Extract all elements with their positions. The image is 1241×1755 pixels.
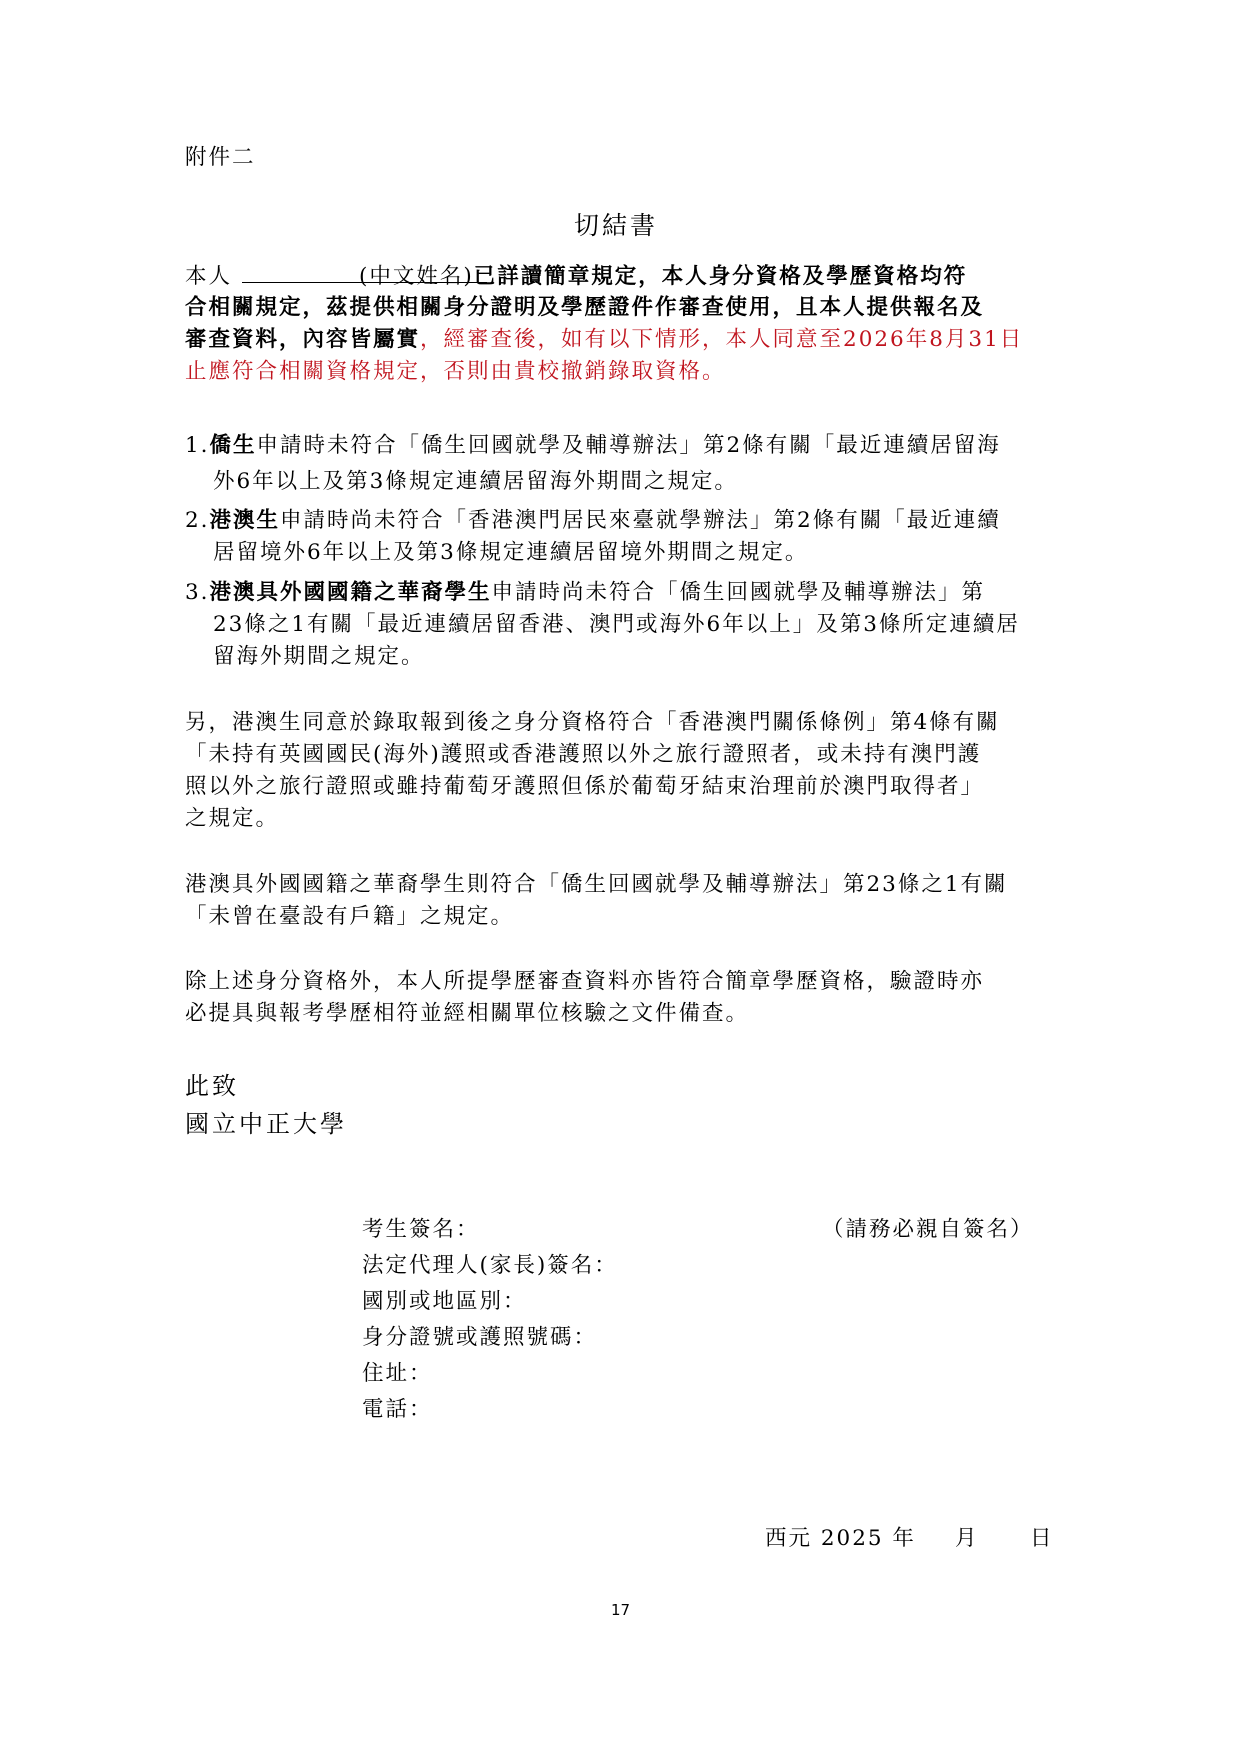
list-item-bold: 港澳具外國國籍之華裔學生: [210, 580, 492, 605]
intro-line-4: 止應符合相關資格規定，否則由貴校撤銷錄取資格。: [185, 356, 726, 388]
list-item-2: 2.港澳生申請時尚未符合「香港澳門居民來臺就學辦法」第2條有關「最近連續: [185, 505, 1001, 537]
field-address: 住址：: [362, 1358, 433, 1390]
document-title: 切結書: [574, 206, 658, 242]
field-phone: 電話：: [362, 1394, 433, 1426]
list-number: 3.: [185, 580, 210, 605]
list-number: 2.: [185, 508, 210, 533]
intro-red-3: ，經審查後，如有以下情形，本人同意至2026年8月31日: [420, 327, 1023, 352]
date-year-unit: 年: [892, 1526, 916, 1551]
para-edu-line: 必提具與報考學歷相符並經相關單位核驗之文件備查。: [185, 998, 749, 1030]
list-item-3-cont: 23條之1有關「最近連續居留香港、澳門或海外6年以上」及第3條所定連續居: [213, 609, 1020, 641]
para-foreign-line: 港澳具外國國籍之華裔學生則符合「僑生回國就學及輔導辦法」第23條之1有關: [185, 869, 1008, 901]
para-hk-line: 「未持有英國國民(海外)護照或香港護照以外之旅行證照者，或未持有澳門護: [185, 739, 981, 771]
date-era-label: 西元: [765, 1526, 812, 1551]
list-item-text: 申請時尚未符合「僑生回國就學及輔導辦法」第: [492, 580, 986, 605]
intro-bold-1: 已詳讀簡章規定，本人身分資格及學歷資格均符: [474, 264, 968, 289]
attachment-label: 附件二: [185, 142, 256, 174]
date-year: 2025: [821, 1526, 884, 1551]
list-item-text: 申請時尚未符合「香港澳門居民來臺就學辦法」第2條有關「最近連續: [280, 508, 1001, 533]
intro-bold-3: 審查資料，內容皆屬實: [185, 327, 420, 352]
para-hk-line: 照以外之旅行證照或雖持葡萄牙護照但係於葡萄牙結束治理前於澳門取得者」: [185, 771, 984, 803]
closing-salutation: 此致: [185, 1066, 239, 1101]
intro-line-2: 合相關規定，茲提供相關身分證明及學歷證件作審查使用，且本人提供報名及: [185, 292, 984, 324]
list-number: 1.: [185, 433, 210, 458]
para-hk-line: 另，港澳生同意於錄取報到後之身分資格符合「香港澳門關係條例」第4條有關: [185, 707, 1000, 739]
date-day-unit: 日: [1030, 1523, 1054, 1555]
list-item-3-cont2: 留海外期間之規定。: [213, 641, 425, 673]
list-item-2-cont: 居留境外6年以上及第3條規定連續居留境外期間之規定。: [213, 537, 808, 569]
page-number: 17: [611, 1601, 630, 1619]
list-item-bold: 港澳生: [210, 508, 281, 533]
para-foreign-line: 「未曾在臺設有戶籍」之規定。: [185, 901, 514, 933]
list-item-1: 1.僑生申請時未符合「僑生回國就學及輔導辦法」第2條有關「最近連續居留海: [185, 430, 1001, 462]
intro-prefix: 本人: [185, 264, 232, 289]
field-candidate-signature: 考生簽名：: [362, 1214, 480, 1246]
intro-line-3: 審查資料，內容皆屬實，經審查後，如有以下情形，本人同意至2026年8月31日: [185, 324, 1023, 356]
closing-recipient: 國立中正大學: [185, 1104, 347, 1139]
field-country-region: 國別或地區別：: [362, 1286, 527, 1318]
list-item-bold: 僑生: [210, 433, 257, 458]
para-edu-line: 除上述身分資格外，本人所提學歷審查資料亦皆符合簡章學歷資格，驗證時亦: [185, 966, 984, 998]
signature-note: （請務必親自簽名）: [822, 1214, 1034, 1246]
list-item-1-cont: 外6年以上及第3條規定連續居留海外期間之規定。: [213, 466, 738, 498]
field-guardian-signature: 法定代理人(家長)簽名：: [362, 1250, 618, 1282]
list-item-text: 申請時未符合「僑生回國就學及輔導辦法」第2條有關「最近連續居留海: [257, 433, 1001, 458]
date-era: 西元 2025 年: [765, 1523, 916, 1555]
date-month-unit: 月: [955, 1523, 979, 1555]
intro-line-1: 本人(中文姓名)已詳讀簡章規定，本人身分資格及學歷資格均符: [185, 260, 967, 293]
para-hk-line: 之規定。: [185, 803, 279, 835]
document-page: 附件二 切結書 本人(中文姓名)已詳讀簡章規定，本人身分資格及學歷資格均符 合相…: [0, 0, 1241, 1755]
name-hint: (中文姓名): [359, 264, 474, 289]
field-id-passport: 身分證號或護照號碼：: [362, 1322, 597, 1354]
list-item-3: 3.港澳具外國國籍之華裔學生申請時尚未符合「僑生回國就學及輔導辦法」第: [185, 577, 985, 609]
